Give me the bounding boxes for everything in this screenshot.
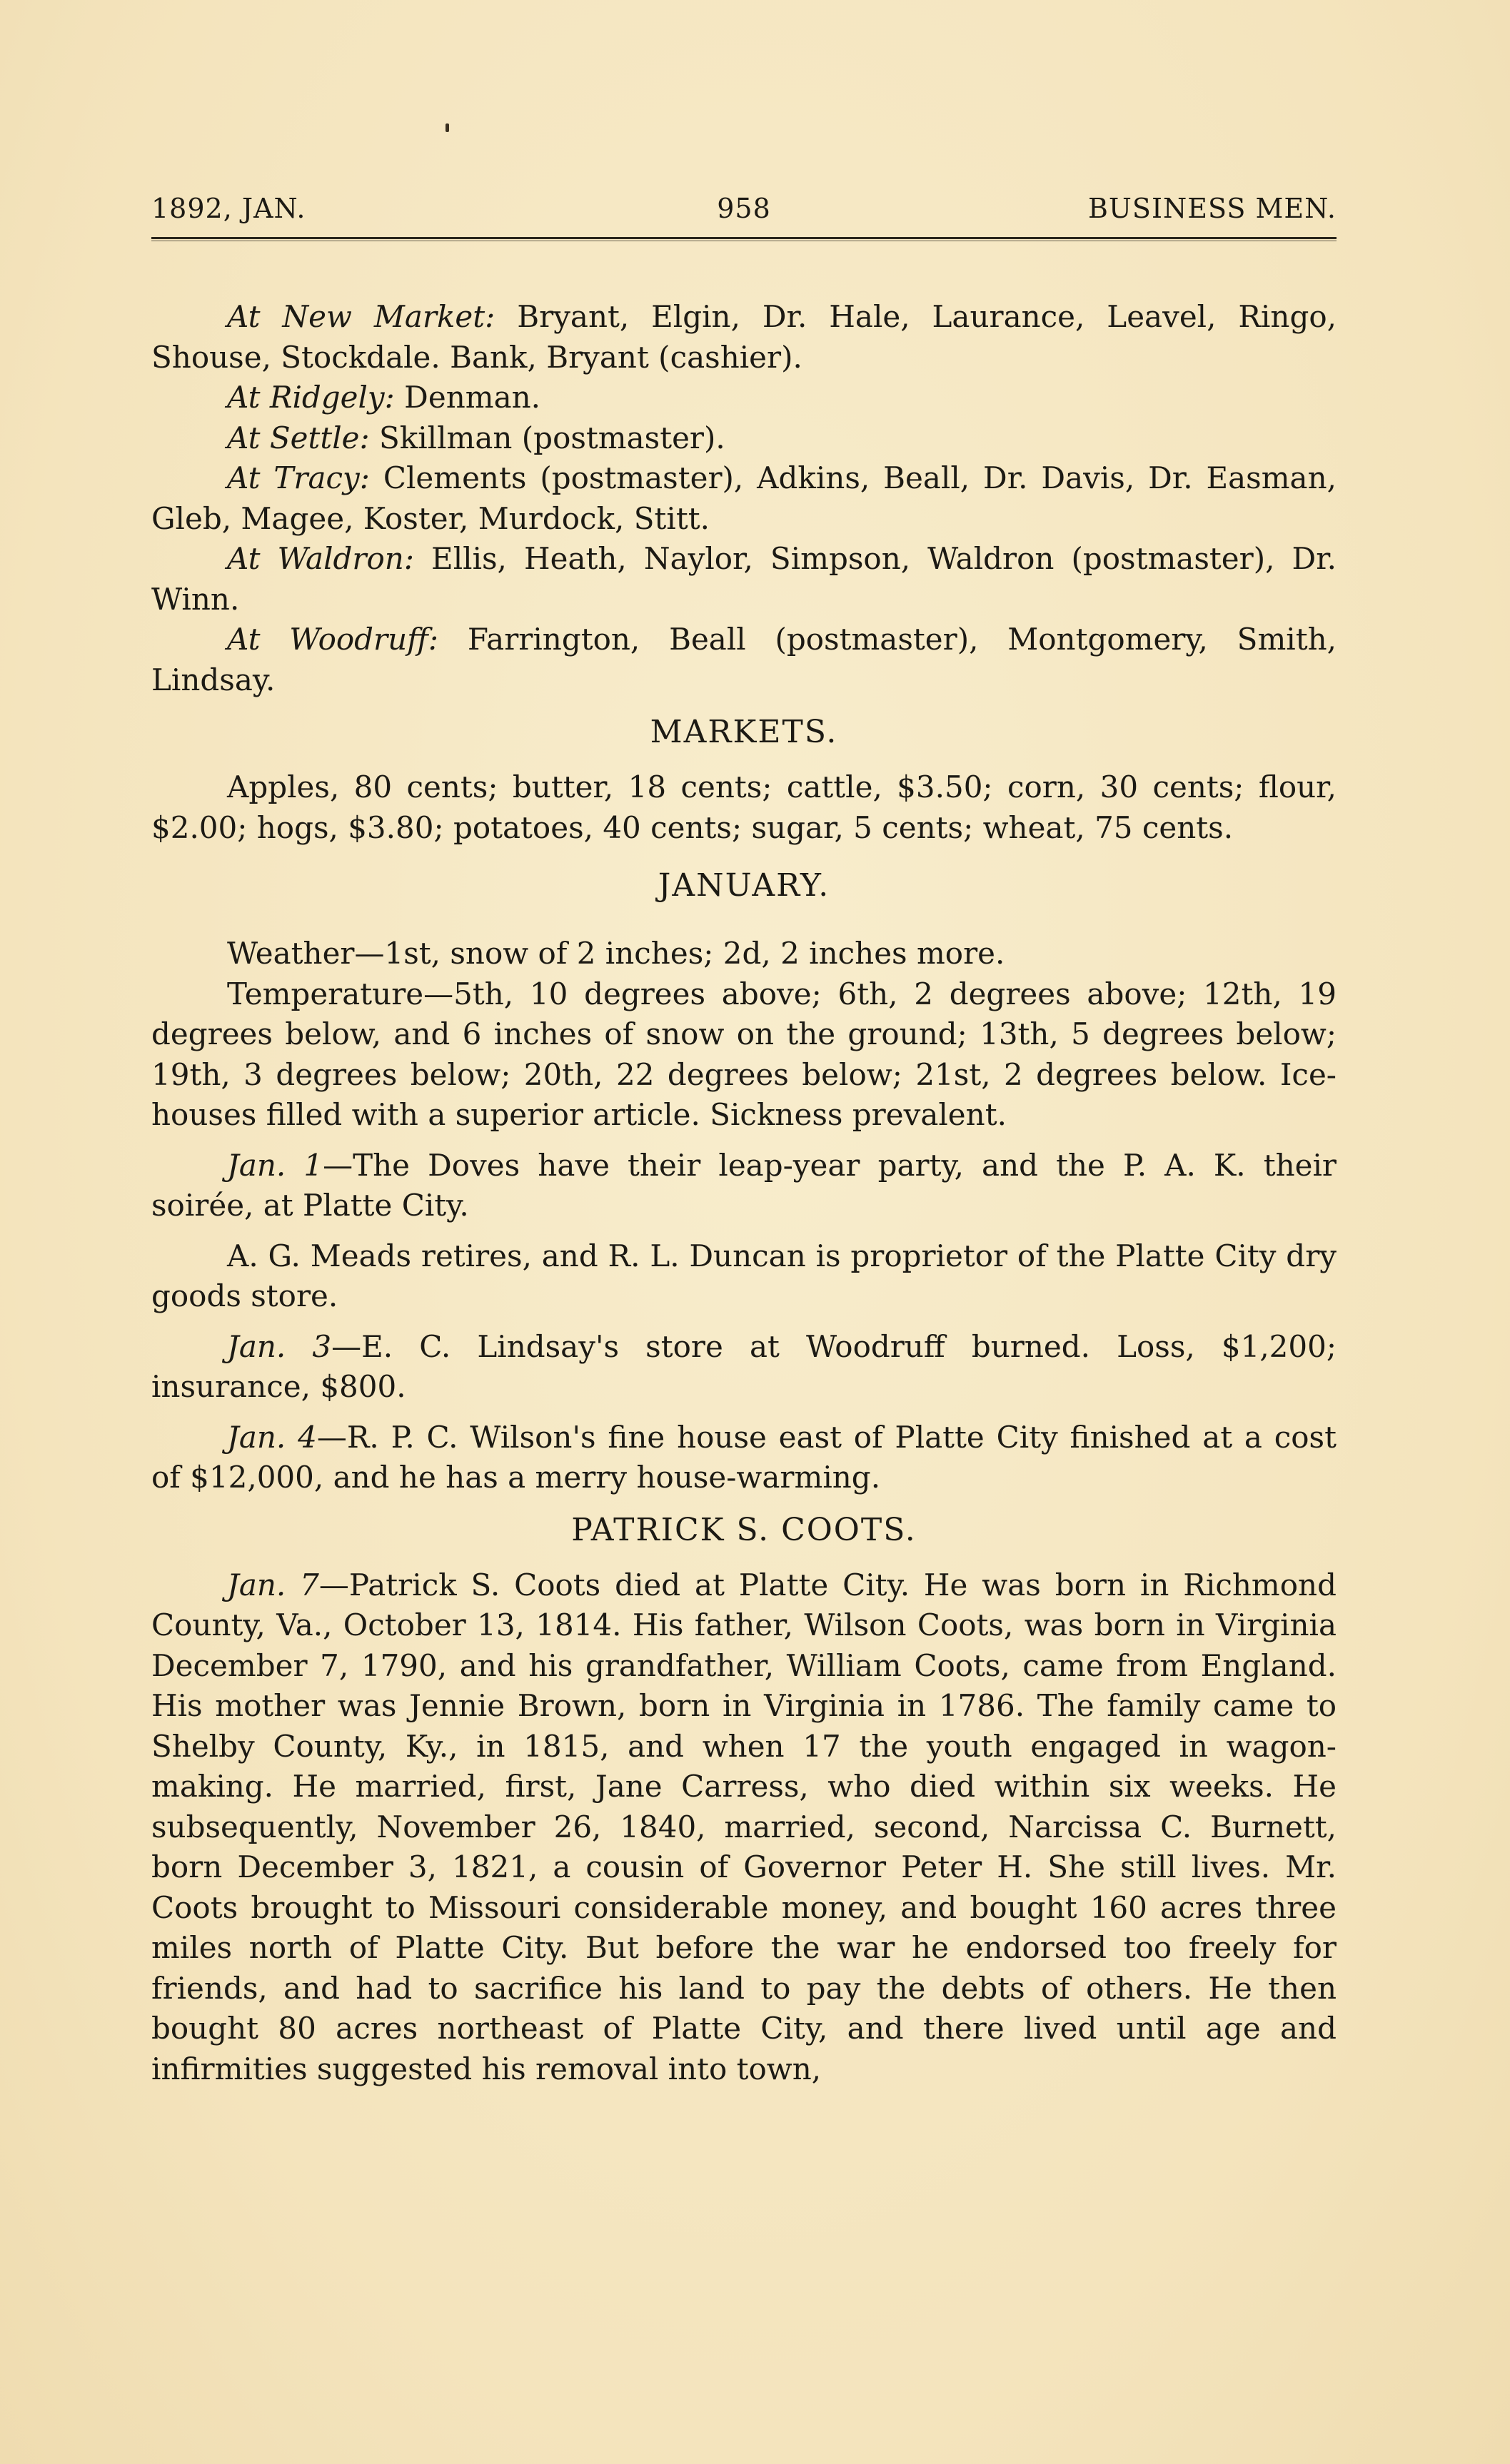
entry-date: Jan. 1 <box>227 1148 323 1183</box>
weather-paragraph: Weather—1st, snow of 2 inches; 2d, 2 inc… <box>151 934 1337 974</box>
section-heading-coots: PATRICK S. COOTS. <box>151 1508 1337 1552</box>
ink-speck <box>446 123 449 132</box>
chronicle-entry: Jan. 4—R. P. C. Wilson's fine house east… <box>151 1418 1337 1498</box>
section-heading-january: JANUARY. <box>151 864 1337 908</box>
place-name: At Waldron: <box>227 541 414 576</box>
business-names: Denman. <box>395 380 540 415</box>
business-entry: At Ridgely: Denman. <box>151 378 1337 418</box>
obituary-paragraph: Jan. 7—Patrick S. Coots died at Platte C… <box>151 1565 1337 2090</box>
chronicle-entry: Jan. 1—The Doves have their leap-year pa… <box>151 1146 1337 1226</box>
header-rule <box>151 237 1337 241</box>
business-entry: At Settle: Skillman (postmaster). <box>151 418 1337 459</box>
business-entry: At New Market: Bryant, Elgin, Dr. Hale, … <box>151 297 1337 378</box>
entry-text: A. G. Meads retires, and R. L. Duncan is… <box>151 1238 1337 1314</box>
business-entry: At Waldron: Ellis, Heath, Naylor, Simpso… <box>151 539 1337 620</box>
book-page: 1892, JAN. 958 BUSINESS MEN. At New Mark… <box>151 193 1337 2089</box>
business-entry: At Woodruff: Farrington, Beall (postmast… <box>151 620 1337 700</box>
business-names: Skillman (postmaster). <box>370 420 725 455</box>
entry-text: —R. P. C. Wilson's fine house east of Pl… <box>151 1420 1337 1495</box>
entry-text: —The Doves have their leap-year party, a… <box>151 1148 1337 1223</box>
entry-date: Jan. 7 <box>227 1567 319 1602</box>
place-name: At Tracy: <box>227 460 370 495</box>
entry-date: Jan. 3 <box>227 1329 331 1364</box>
place-name: At Ridgely: <box>227 380 395 415</box>
running-head: 1892, JAN. 958 BUSINESS MEN. <box>151 193 1337 233</box>
page-body: At New Market: Bryant, Elgin, Dr. Hale, … <box>151 297 1337 2089</box>
chronicle-entry: Jan. 3—E. C. Lindsay's store at Woodruff… <box>151 1327 1337 1408</box>
place-name: At New Market: <box>227 299 495 334</box>
place-name: At Woodruff: <box>227 622 438 657</box>
chronicle-entry: A. G. Meads retires, and R. L. Duncan is… <box>151 1236 1337 1317</box>
markets-paragraph: Apples, 80 cents; butter, 18 cents; catt… <box>151 767 1337 848</box>
section-heading-markets: MARKETS. <box>151 710 1337 754</box>
place-name: At Settle: <box>227 420 370 455</box>
entry-date: Jan. 4 <box>227 1420 317 1455</box>
temperature-paragraph: Temperature—5th, 10 degrees above; 6th, … <box>151 974 1337 1136</box>
business-entry: At Tracy: Clements (postmaster), Adkins,… <box>151 458 1337 539</box>
page-number: 958 <box>151 193 1337 224</box>
entry-text: —Patrick S. Coots died at Platte City. H… <box>151 1567 1337 2086</box>
